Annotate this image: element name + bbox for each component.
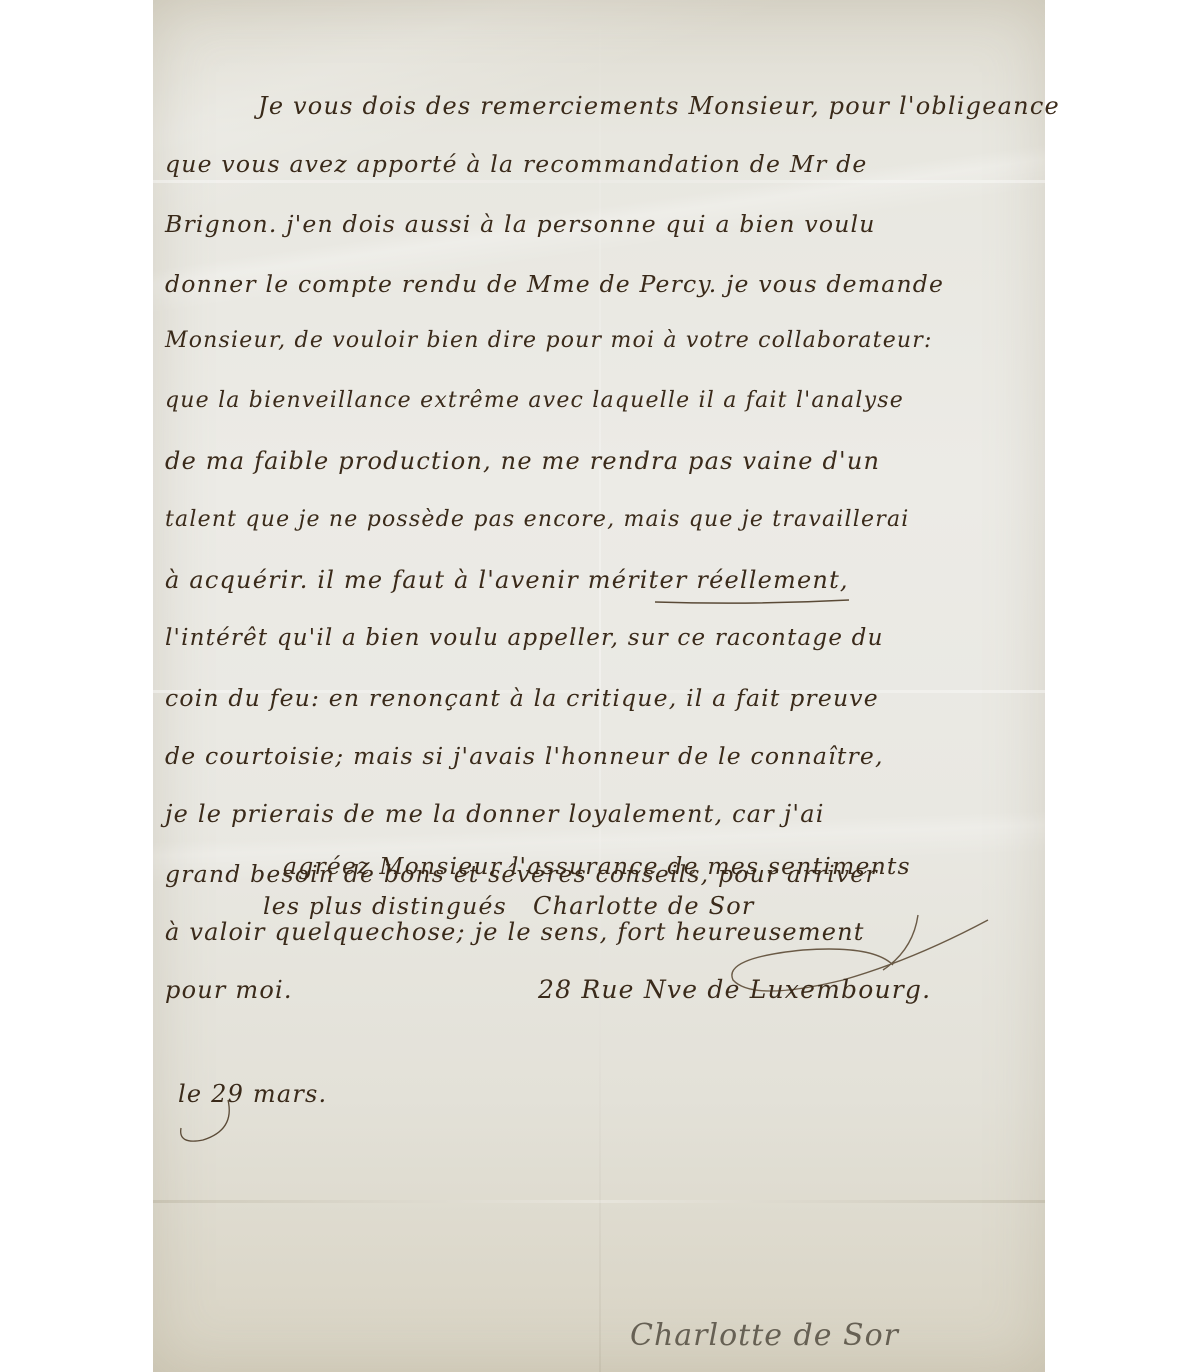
- letter-line: de courtoisie; mais si j'avais l'honneur…: [165, 742, 884, 770]
- letter-line: pour moi.: [165, 976, 293, 1004]
- letter-line: l'intérêt qu'il a bien voulu appeller, s…: [165, 625, 884, 651]
- letter-line: donner le compte rendu de Mme de Percy. …: [165, 270, 944, 298]
- date-flourish: [173, 1090, 283, 1150]
- underline-stroke: [653, 596, 853, 608]
- paper-fold-horizontal: [153, 1200, 1045, 1203]
- closing-line: agréez Monsieur l'assurance de mes senti…: [283, 852, 911, 880]
- letter-line-with-underline: à acquérir. il me faut à l'avenir mérite…: [165, 566, 849, 594]
- letter-line: que vous avez apporté à la recommandatio…: [165, 150, 868, 178]
- letter-line: Je vous dois des remerciements Monsieur,…: [258, 92, 1060, 120]
- closing-line: les plus distingués: [263, 892, 507, 920]
- letter-paper: Je vous dois des remerciements Monsieur,…: [153, 0, 1045, 1372]
- letter-line: Brignon. j'en dois aussi à la personne q…: [165, 210, 876, 238]
- pencil-annotation: Charlotte de Sor: [630, 1318, 899, 1353]
- sender-address: 28 Rue Nve de Luxembourg.: [538, 975, 931, 1004]
- letter-line: de ma faible production, ne me rendra pa…: [165, 447, 880, 475]
- paper-fold-horizontal: [153, 180, 1045, 183]
- letter-line: talent que je ne possède pas encore, mai…: [165, 507, 910, 532]
- letter-line: que la bienveillance extrême avec laquel…: [165, 388, 904, 413]
- letter-line: à acquérir. il me faut à l'avenir mérite…: [165, 566, 849, 594]
- letter-line: Monsieur, de vouloir bien dire pour moi …: [165, 328, 933, 353]
- letter-line: coin du feu: en renonçant à la critique,…: [165, 684, 879, 712]
- letter-line: je le prierais de me la donner loyalemen…: [165, 800, 825, 828]
